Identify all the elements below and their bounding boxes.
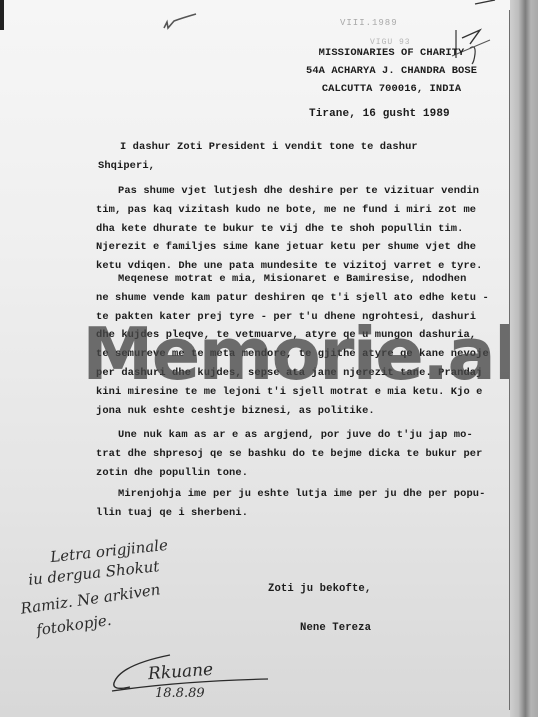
- handwritten-note-line: fotokopje.: [35, 611, 112, 639]
- paragraph-3: Une nuk kam as ar e as argjend, por juve…: [96, 426, 486, 482]
- text-line: Mirenjohja ime per ju eshte lutja ime pe…: [96, 485, 486, 504]
- handwritten-margin-mark-icon: [160, 12, 200, 32]
- watermark: Memorie.al: [82, 318, 510, 390]
- text-line: ne shume vende kam patur deshiren qe t'i…: [96, 289, 486, 308]
- salutation-line: Shqiperi,: [98, 157, 418, 176]
- paragraph-1: Pas shume vjet lutjesh dhe deshire per t…: [96, 182, 486, 276]
- text-line: dha kete dhurate te bukur te vij dhe te …: [96, 220, 486, 239]
- text-line: llin tuaj qe i sherbeni.: [96, 504, 486, 523]
- letterhead-city: CALCUTTA 700016, INDIA: [306, 80, 477, 98]
- closing: Zoti ju bekofte,: [268, 583, 371, 595]
- letterhead-org: MISSIONARIES OF CHARITY: [306, 44, 477, 62]
- signature-name: Nene Tereza: [300, 622, 371, 634]
- text-line: Une nuk kam as ar e as argjend, por juve…: [96, 426, 486, 445]
- archive-stamp-line-1: VIII.1989: [340, 18, 398, 28]
- page-shadow-left: [0, 0, 4, 30]
- date-line: Tirane, 16 gusht 1989: [309, 108, 450, 120]
- handwritten-date: 18.8.89: [155, 686, 205, 701]
- letter-page: VIII.1989 VIGU 93 MISSIONARIES OF CHARIT…: [0, 0, 510, 717]
- text-line: Njerezit e familjes sime kane jetuar ket…: [96, 238, 486, 257]
- salutation-line: I dashur Zoti President i vendit tone te…: [98, 138, 418, 157]
- text-line: zotin dhe popullin tone.: [96, 464, 486, 483]
- text-line: tim, pas kaq vizitash kudo ne bote, me n…: [96, 201, 486, 220]
- letterhead: MISSIONARIES OF CHARITY 54A ACHARYA J. C…: [306, 44, 477, 98]
- letterhead-street: 54A ACHARYA J. CHANDRA BOSE: [306, 62, 477, 80]
- underlying-pages: [510, 0, 538, 717]
- text-line: Pas shume vjet lutjesh dhe deshire per t…: [96, 182, 486, 201]
- paragraph-4: Mirenjohja ime per ju eshte lutja ime pe…: [96, 485, 486, 523]
- text-line: trat dhe shpresoj qe se bashku do te bej…: [96, 445, 486, 464]
- salutation: I dashur Zoti President i vendit tone te…: [98, 138, 418, 176]
- text-line: Meqenese motrat e mia, Misionaret e Bami…: [96, 270, 486, 289]
- text-line: jona nuk eshte ceshtje biznesi, as polit…: [96, 402, 486, 421]
